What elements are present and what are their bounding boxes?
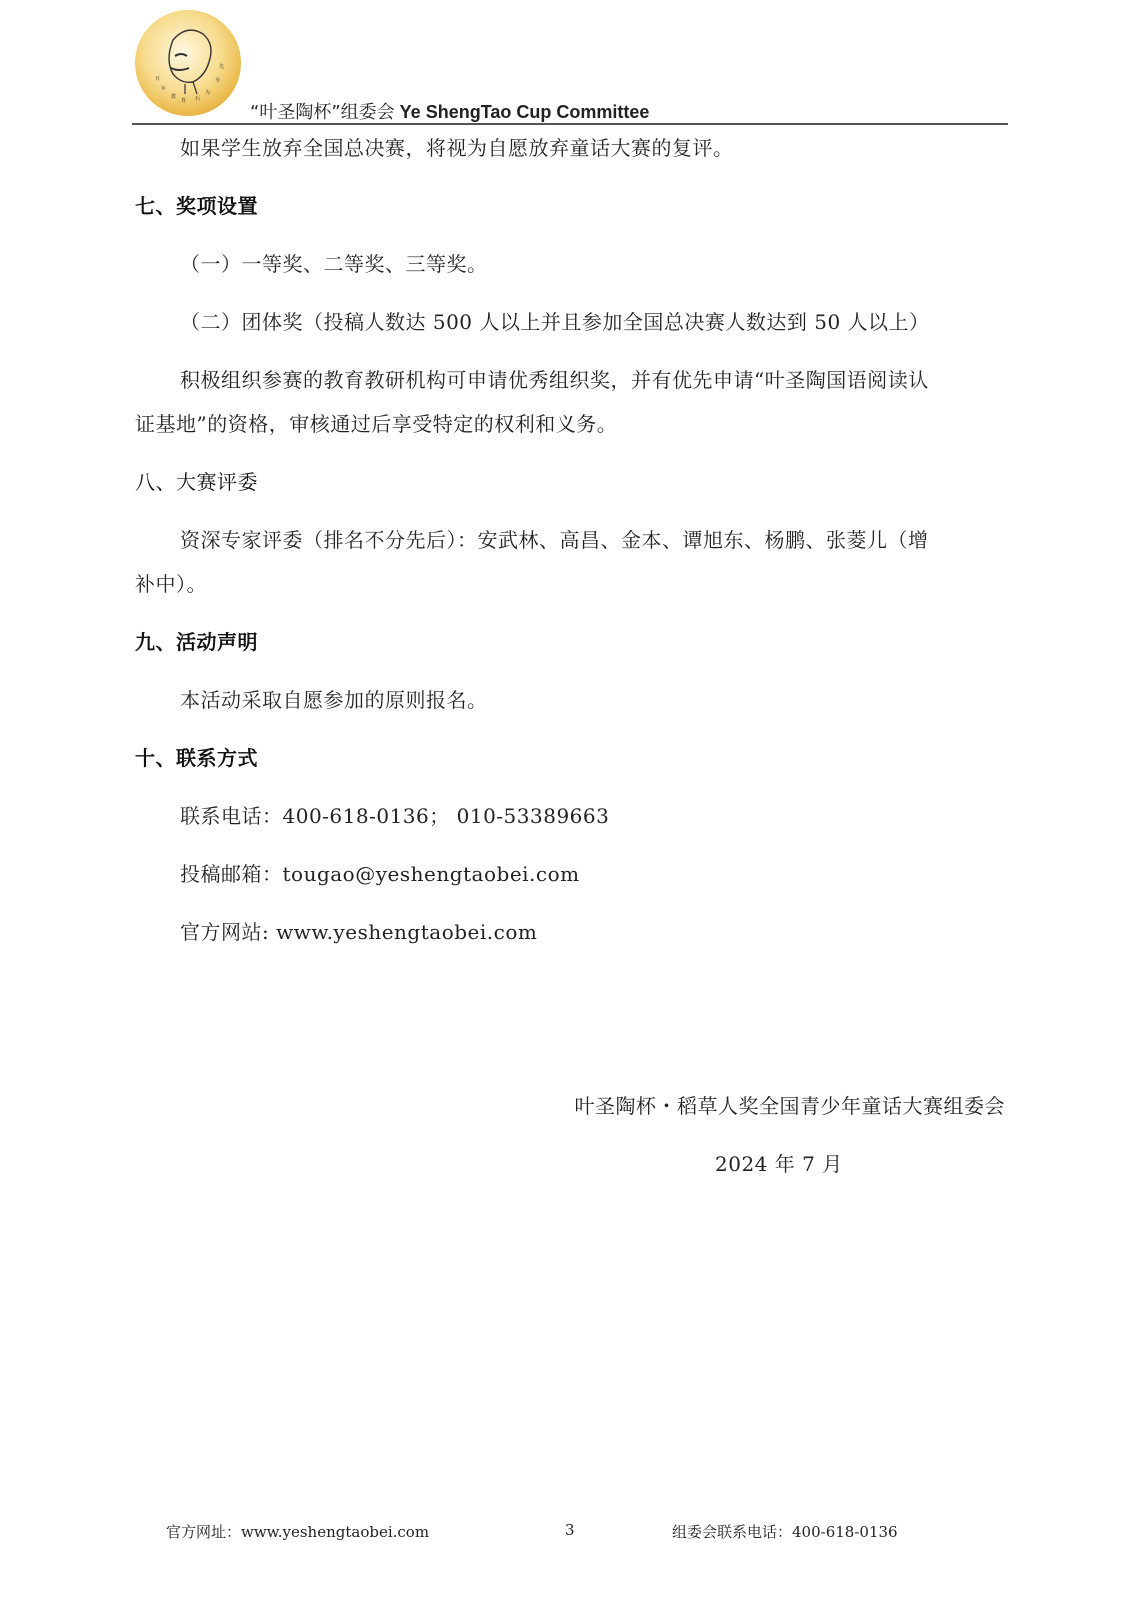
section-heading-statement: 九、活动声明 bbox=[135, 630, 258, 654]
judges-paragraph-line-1: 资深专家评委（排名不分先后）：安武林、高昌、金本、谭旭东、杨鹏、张菱儿（增 bbox=[180, 528, 929, 552]
header-divider bbox=[132, 123, 1008, 125]
svg-text:导: 导 bbox=[215, 77, 220, 84]
footer-page-number: 3 bbox=[565, 1521, 575, 1539]
footer-website: 官方网址：www.yeshengtaobei.com bbox=[166, 1521, 429, 1542]
awards-paragraph-line-2: 证基地”的资格，审核通过后享受特定的权利和义务。 bbox=[135, 412, 617, 436]
header-title-en: Ye ShengTao Cup Committee bbox=[400, 102, 650, 122]
judges-paragraph-line-2: 补中）。 bbox=[135, 572, 207, 596]
section-heading-contact: 十、联系方式 bbox=[135, 746, 258, 770]
signature: 叶圣陶杯・稻草人奖全国青少年童话大赛组委会 bbox=[575, 1094, 1006, 1118]
contact-phone: 联系电话：400-618-0136； 010-53389663 bbox=[180, 804, 609, 828]
awards-paragraph-line-1: 积极组织参赛的教育教研机构可申请优秀组织奖，并有优先申请“叶圣陶国语阅读认 bbox=[180, 368, 929, 392]
svg-text:年: 年 bbox=[161, 85, 166, 92]
section-heading-awards: 七、奖项设置 bbox=[135, 194, 258, 218]
awards-item-1: （一）一等奖、二等奖、三等奖。 bbox=[180, 252, 488, 276]
awards-item-2: （二）团体奖（投稿人数达 500 人以上并且参加全国总决赛人数达到 50 人以上… bbox=[180, 310, 930, 334]
section-heading-judges: 八、大赛评委 bbox=[135, 470, 258, 494]
contact-email[interactable]: 投稿邮箱：tougao@yeshengtaobei.com bbox=[180, 862, 580, 886]
svg-text:育: 育 bbox=[181, 97, 186, 104]
footer-phone: 组委会联系电话：400-618-0136 bbox=[672, 1521, 898, 1542]
svg-text:百: 百 bbox=[155, 75, 160, 82]
svg-text:石: 石 bbox=[195, 95, 200, 102]
signature-date: 2024 年 7 月 bbox=[715, 1152, 843, 1176]
svg-text:教: 教 bbox=[171, 93, 176, 100]
contact-website[interactable]: 官方网站: www.yeshengtaobei.com bbox=[180, 920, 537, 944]
portrait-icon: 百 年 教 育 石 为 导 先 bbox=[135, 10, 241, 116]
committee-logo: 百 年 教 育 石 为 导 先 bbox=[135, 10, 241, 116]
intro-paragraph: 如果学生放弃全国总决赛，将视为自愿放弃童话大赛的复评。 bbox=[180, 136, 734, 160]
header-title-cn: “叶圣陶杯”组委会 bbox=[250, 102, 395, 123]
statement-paragraph: 本活动采取自愿参加的原则报名。 bbox=[180, 688, 488, 712]
svg-text:先: 先 bbox=[219, 63, 224, 70]
header-title: “叶圣陶杯”组委会 Ye ShengTao Cup Committee bbox=[250, 98, 649, 124]
svg-text:为: 为 bbox=[205, 89, 210, 96]
